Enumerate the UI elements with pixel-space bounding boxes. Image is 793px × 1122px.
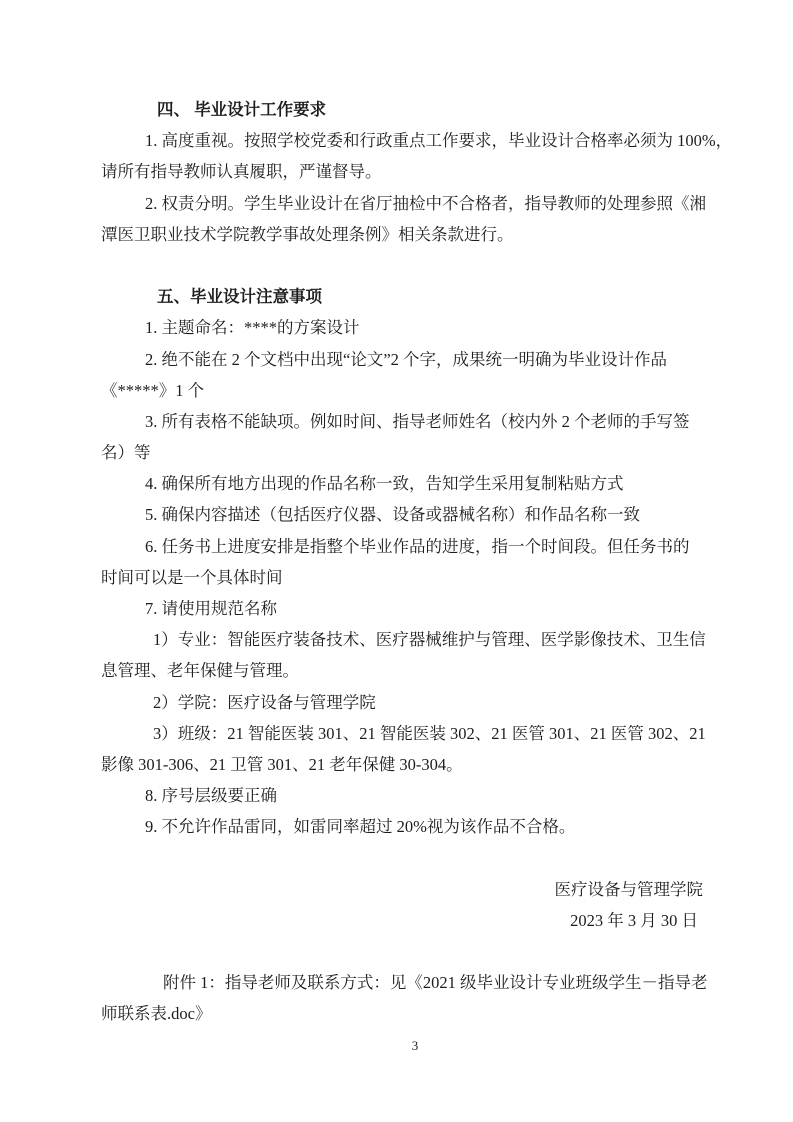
doc-line: 2. 权责分明。学生毕业设计在省厅抽检中不合格者，指导教师的处理参照《湘: [101, 188, 703, 219]
doc-line: 时间可以是一个具体时间: [101, 562, 703, 593]
doc-line: 潭医卫职业技术学院教学事故处理条例》相关条款进行。: [101, 219, 703, 250]
doc-line: 5. 确保内容描述（包括医疗仪器、设备或器械名称）和作品名称一致: [101, 499, 703, 530]
doc-line: 8. 序号层级要正确: [101, 780, 703, 811]
document-body: 四、 毕业设计工作要求 1. 高度重视。按照学校党委和行政重点工作要求，毕业设计…: [101, 94, 703, 1030]
doc-line: 9. 不允许作品雷同，如雷同率超过 20%视为该作品不合格。: [101, 811, 703, 842]
blank-line: [101, 250, 703, 281]
doc-line: 2）学院：医疗设备与管理学院: [101, 687, 703, 718]
doc-line: 请所有指导教师认真履职，严谨督导。: [101, 156, 703, 187]
doc-line: 3）班级：21 智能医装 301、21 智能医装 302、21 医管 301、2…: [101, 718, 703, 749]
doc-line: 3. 所有表格不能缺项。例如时间、指导老师姓名（校内外 2 个老师的手写签: [101, 406, 703, 437]
doc-line: 1）专业：智能医疗装备技术、医疗器械维护与管理、医学影像技术、卫生信: [101, 624, 703, 655]
doc-line: 《*****》1 个: [101, 375, 703, 406]
doc-line: 影像 301-306、21 卫管 301、21 老年保健 30-304。: [101, 749, 703, 780]
section5-heading: 五、毕业设计注意事项: [101, 281, 703, 312]
section4-heading: 四、 毕业设计工作要求: [101, 94, 703, 125]
blank-line: [101, 843, 703, 874]
attachment-line: 附件 1：指导老师及联系方式：见《2021 级毕业设计专业班级学生－指导老: [101, 967, 703, 998]
signature-date: 2023 年 3 月 30 日: [101, 905, 703, 936]
doc-line: 7. 请使用规范名称: [101, 593, 703, 624]
doc-line: 名）等: [101, 437, 703, 468]
attachment-line: 师联系表.doc》: [101, 998, 703, 1029]
doc-line: 息管理、老年保健与管理。: [101, 655, 703, 686]
signature-org: 医疗设备与管理学院: [101, 874, 703, 905]
doc-line: 6. 任务书上进度安排是指整个毕业作品的进度，指一个时间段。但任务书的: [101, 531, 703, 562]
page-number: 3: [100, 1030, 730, 1061]
blank-line: [101, 936, 703, 967]
doc-line: 1. 高度重视。按照学校党委和行政重点工作要求，毕业设计合格率必须为 100%，: [101, 125, 703, 156]
doc-line: 4. 确保所有地方出现的作品名称一致，告知学生采用复制粘贴方式: [101, 468, 703, 499]
doc-line: 2. 绝不能在 2 个文档中出现“论文”2 个字，成果统一明确为毕业设计作品: [101, 344, 703, 375]
document-page: 四、 毕业设计工作要求 1. 高度重视。按照学校党委和行政重点工作要求，毕业设计…: [0, 0, 793, 1122]
doc-line: 1. 主题命名：****的方案设计: [101, 312, 703, 343]
